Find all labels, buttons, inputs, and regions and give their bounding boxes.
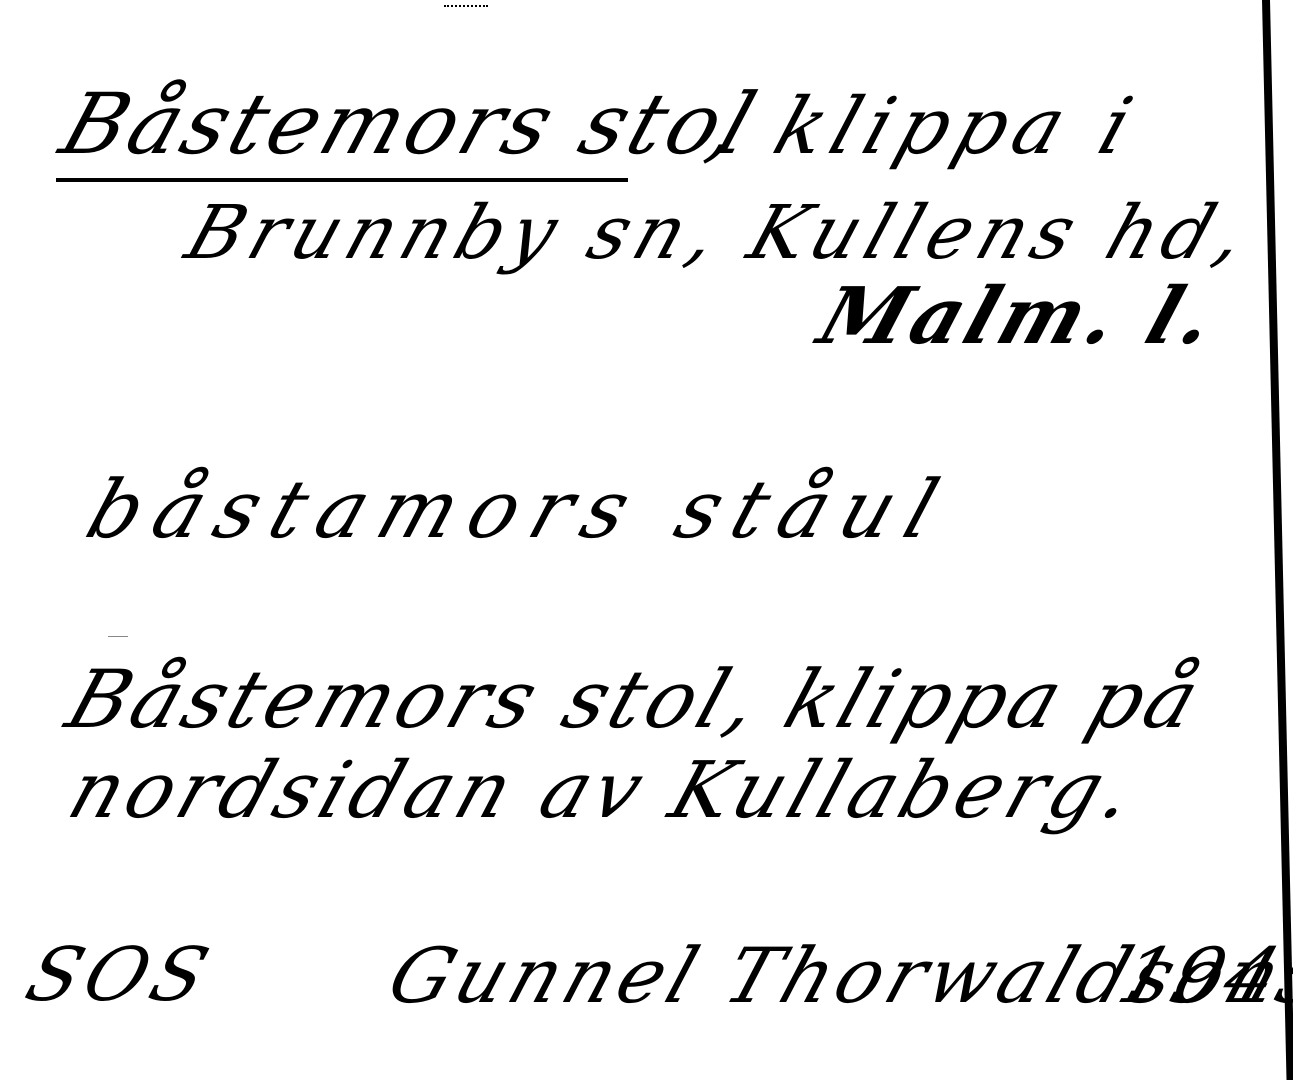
entry-location-line: Brunnby sn, Kullens hd,	[178, 196, 1261, 270]
phonetic-transcription: båstamors ståul	[78, 470, 961, 550]
scan-artifact	[444, 5, 488, 9]
card-edge-border	[1262, 0, 1293, 1080]
entry-county: Malm. l.	[810, 278, 1227, 356]
description-line-1: Båstemors stol, klippa på	[58, 660, 1212, 740]
title-underline	[56, 178, 628, 182]
entry-title: Båstemors stol	[52, 82, 768, 166]
archive-code: SOS	[18, 938, 222, 1012]
archive-card: Båstemors stol , klippa i Brunnby sn, Ku…	[0, 0, 1293, 1080]
entry-line1-rest: , klippa i	[700, 88, 1148, 166]
record-year: 1945.	[1110, 938, 1293, 1014]
description-line-2: nordsidan av Kullaberg.	[60, 752, 1148, 830]
scan-artifact	[108, 636, 128, 637]
